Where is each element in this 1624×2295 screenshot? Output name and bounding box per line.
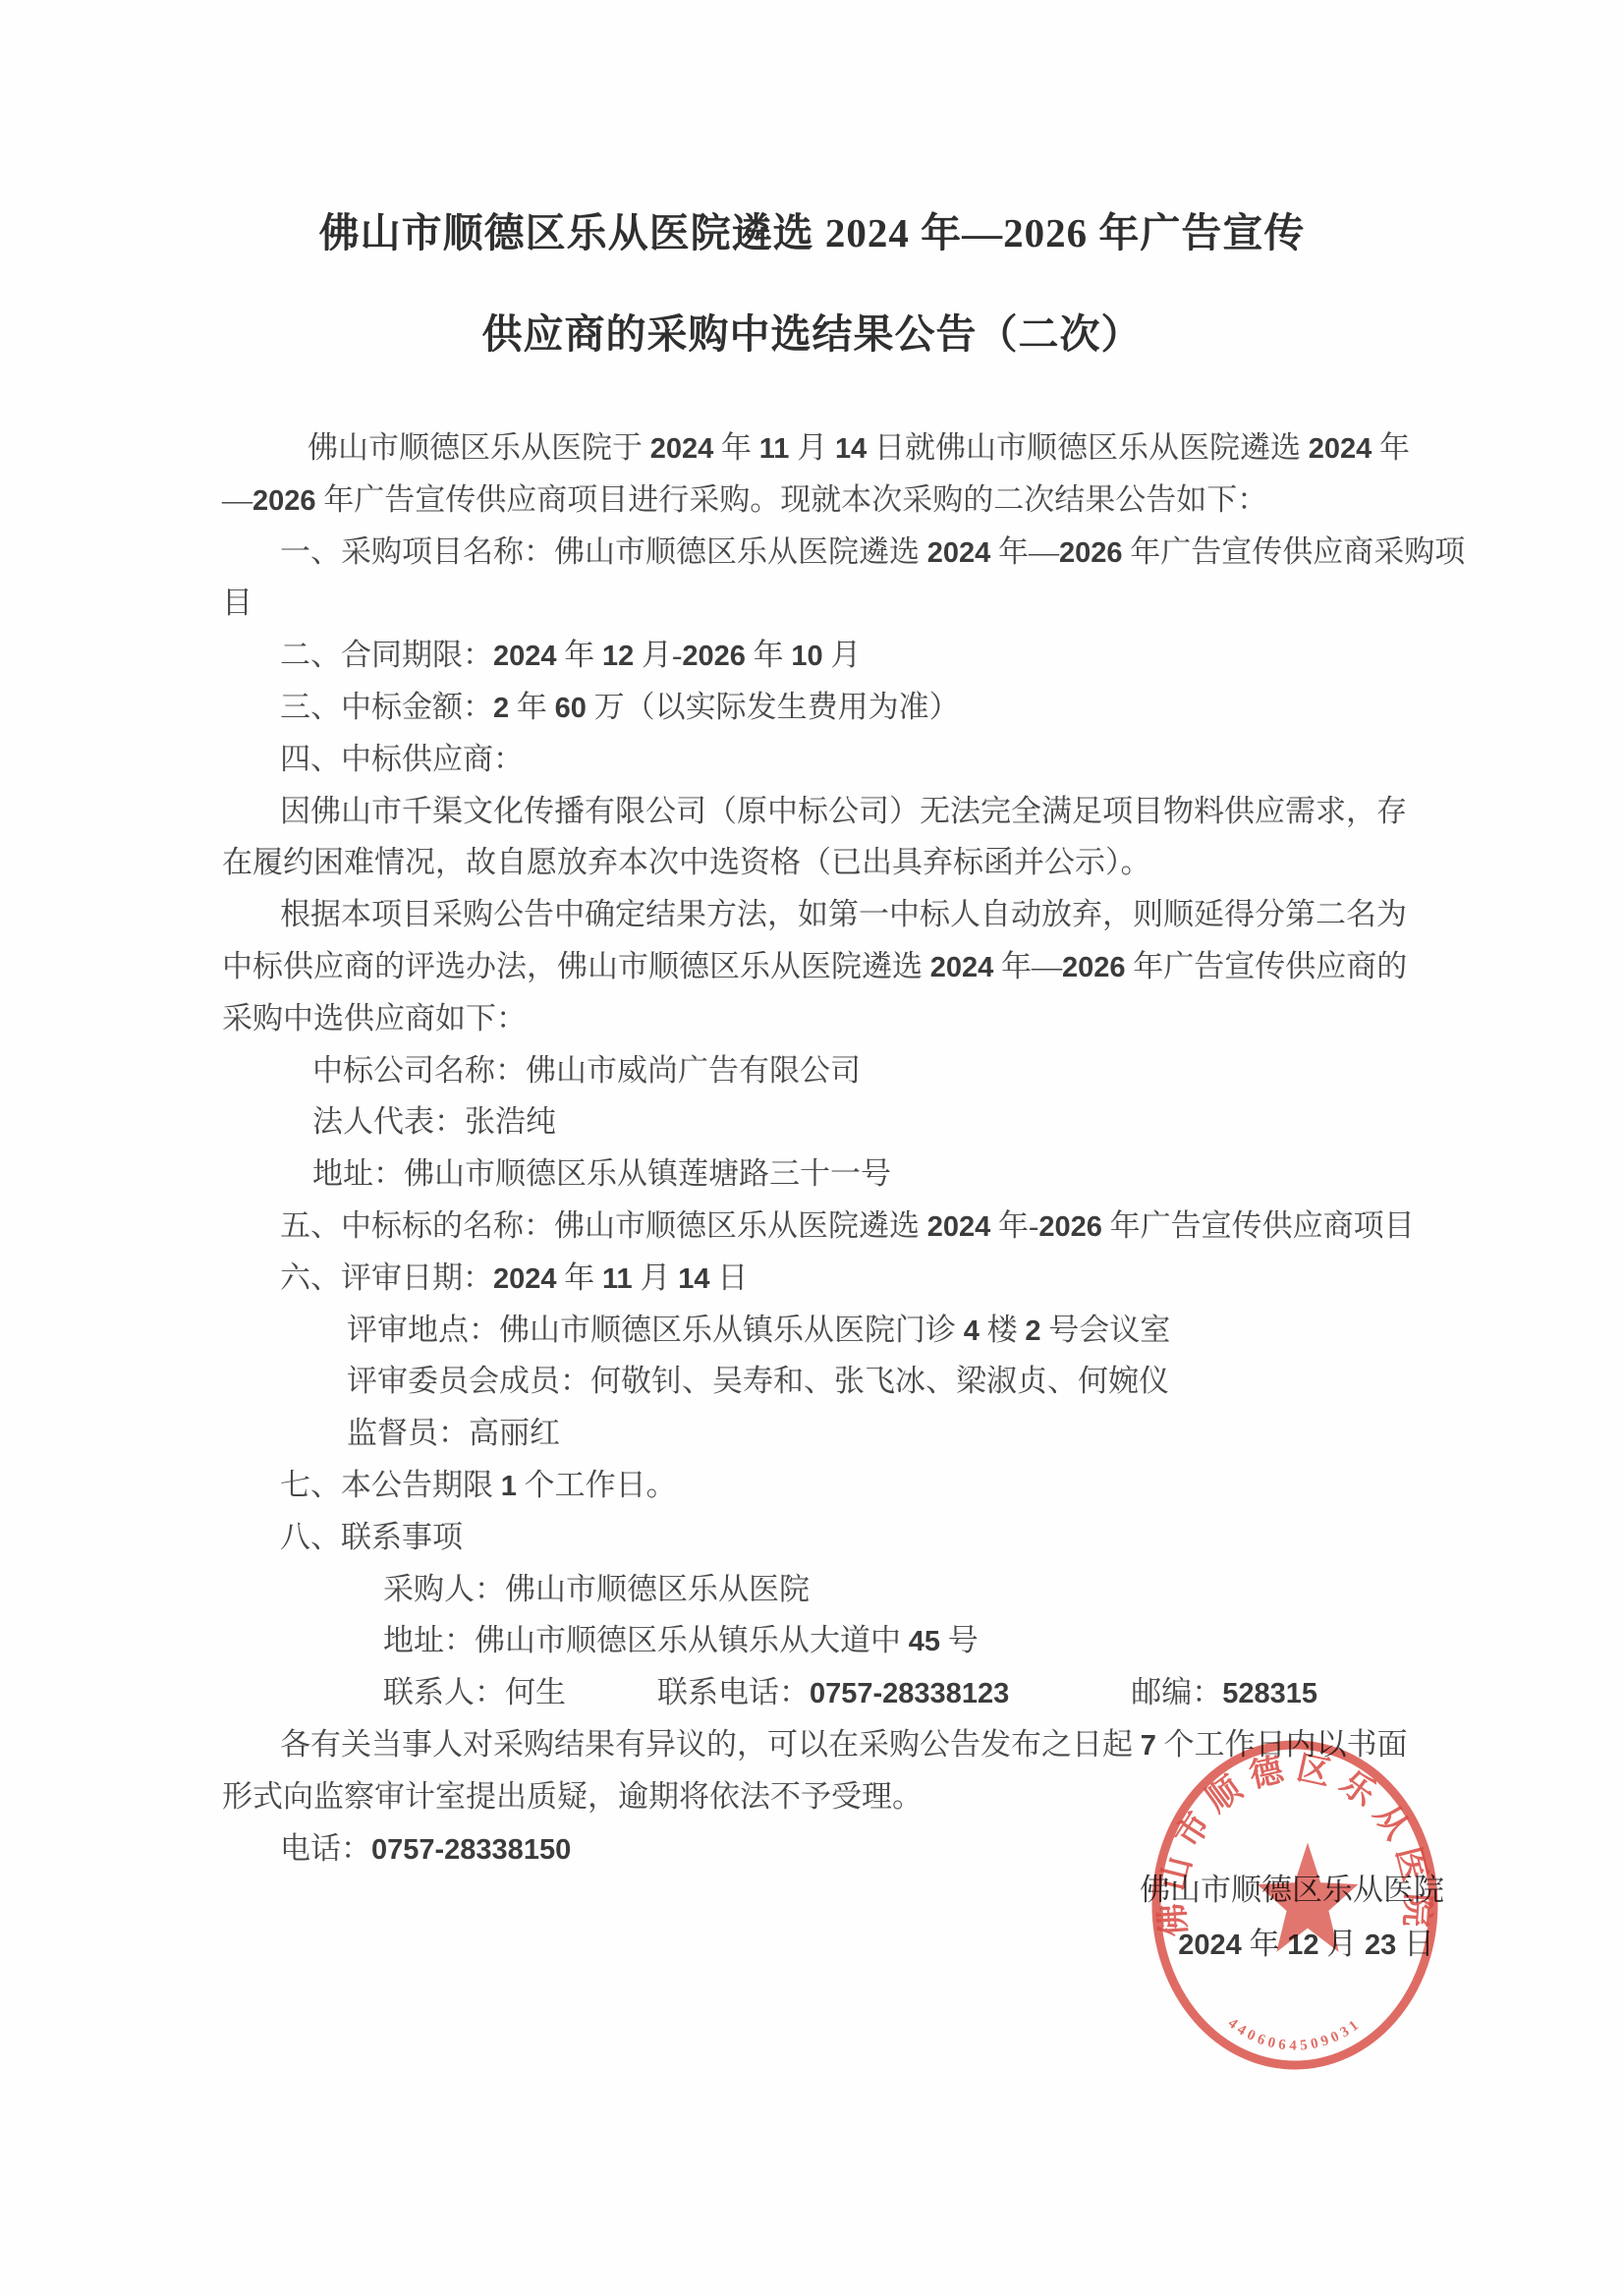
numeric-text: 2026 (1038, 1211, 1102, 1243)
numeric-text: 2026 (1059, 537, 1123, 569)
body-line: 采购中选供应商如下： (222, 993, 1489, 1045)
star-icon (1258, 1842, 1359, 1951)
body-line: 佛山市顺德区乐从医院于 2024 年 11 月 14 日就佛山市顺德区乐从医院遴… (222, 422, 1489, 475)
numeric-text: 2024 (493, 641, 557, 672)
body-line: 三、中标金额：2 年 60 万（以实际发生费用为准） (222, 682, 1489, 734)
numeric-text: 11 (602, 1263, 633, 1295)
numeric-text: 10 (791, 641, 822, 672)
body-line: 法人代表：张浩纯 (222, 1096, 1489, 1148)
body-line: 五、中标标的名称：佛山市顺德区乐从医院遴选 2024 年-2026 年广告宣传供… (222, 1201, 1489, 1253)
numeric-text: 2026 (682, 641, 746, 672)
numeric-text: 2024 (927, 537, 991, 569)
body-line: 采购人：佛山市顺德区乐从医院 (222, 1564, 1489, 1616)
numeric-text: 11 (759, 433, 790, 465)
official-seal-stamp: 佛山市顺德区乐从医院 4406064509031 (1143, 1734, 1447, 2078)
document-body: 佛山市顺德区乐从医院于 2024 年 11 月 14 日就佛山市顺德区乐从医院遴… (222, 422, 1489, 1875)
numeric-text: 14 (835, 433, 867, 465)
numeric-text: 2026 (252, 485, 316, 517)
body-line: 评审地点：佛山市顺德区乐从镇乐从医院门诊 4 楼 2 号会议室 (222, 1305, 1489, 1357)
numeric-text: 0757-28338123 (810, 1678, 1009, 1709)
numeric-text: 2024 (493, 1263, 557, 1295)
numeric-text: 2024 (930, 952, 994, 983)
numeric-text: 2026 (1062, 952, 1126, 983)
body-line: 监督员：高丽红 (222, 1408, 1489, 1460)
numeric-text: 2 (493, 693, 509, 724)
body-line: 地址：佛山市顺德区乐从镇莲塘路三十一号 (222, 1148, 1489, 1201)
numeric-text: 14 (678, 1263, 709, 1295)
body-line: 六、评审日期：2024 年 11 月 14 日 (222, 1253, 1489, 1305)
numeric-text: 2024 (927, 1211, 991, 1243)
document-title-line2: 供应商的采购中选结果公告（二次） (0, 284, 1624, 385)
body-line: 中标公司名称：佛山市威尚广告有限公司 (222, 1045, 1489, 1097)
numeric-text: 2 (1025, 1315, 1040, 1347)
document-title-line1: 佛山市顺德区乐从医院遴选 2024 年—2026 年广告宣传 (0, 183, 1624, 284)
numeric-text: 12 (602, 641, 634, 672)
scanned-document-page: 佛山市顺德区乐从医院遴选 2024 年—2026 年广告宣传 供应商的采购中选结… (0, 0, 1624, 2295)
body-line: 联系人：何生 联系电话：0757-28338123 邮编：528315 (222, 1667, 1489, 1719)
body-line: 评审委员会成员：何敬钊、吴寿和、张飞冰、梁淑贞、何婉仪 (222, 1356, 1489, 1408)
body-line: 四、中标供应商： (222, 734, 1489, 786)
body-line: 七、本公告期限 1 个工作日。 (222, 1460, 1489, 1512)
numeric-text: 45 (909, 1626, 940, 1657)
numeric-text: 1 (501, 1471, 517, 1502)
body-line: —2026 年广告宣传供应商项目进行采购。现就本次采购的二次结果公告如下： (222, 475, 1489, 527)
body-line: 二、合同期限：2024 年 12 月-2026 年 10 月 (222, 630, 1489, 682)
numeric-text: 60 (555, 693, 587, 724)
numeric-text: 4 (964, 1315, 980, 1347)
numeric-text: 0757-28338150 (371, 1834, 571, 1866)
body-line: 一、采购项目名称：佛山市顺德区乐从医院遴选 2024 年—2026 年广告宣传供… (222, 527, 1489, 579)
body-line: 八、联系事项 (222, 1512, 1489, 1564)
body-line: 根据本项目采购公告中确定结果方法，如第一中标人自动放弃，则顺延得分第二名为 (222, 889, 1489, 941)
body-line: 地址：佛山市顺德区乐从镇乐从大道中 45 号 (222, 1615, 1489, 1667)
numeric-text: 2024 (650, 433, 714, 465)
body-line: 目 (222, 578, 1489, 630)
seal-serial-number: 4406064509031 (1225, 2015, 1365, 2053)
body-line: 在履约困难情况，故自愿放弃本次中选资格（已出具弃标函并公示）。 (222, 837, 1489, 889)
body-line: 中标供应商的评选办法，佛山市顺德区乐从医院遴选 2024 年—2026 年广告宣… (222, 941, 1489, 993)
numeric-text: 2024 (1309, 433, 1372, 465)
document-title: 佛山市顺德区乐从医院遴选 2024 年—2026 年广告宣传 供应商的采购中选结… (0, 183, 1624, 385)
numeric-text: 528315 (1222, 1678, 1317, 1709)
body-line: 因佛山市千渠文化传播有限公司（原中标公司）无法完全满足项目物料供应需求，存 (222, 786, 1489, 838)
